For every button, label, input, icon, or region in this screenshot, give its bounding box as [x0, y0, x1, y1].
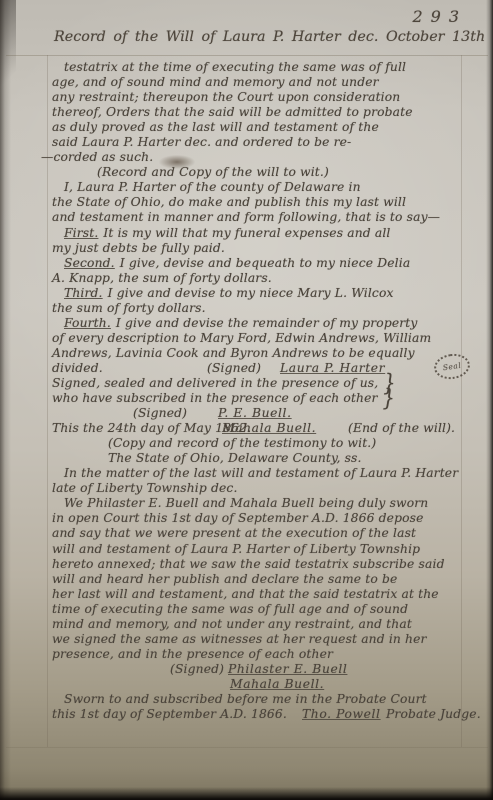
text-line: will and heard her publish and declare t… — [52, 572, 470, 587]
page-edge-bottom — [0, 787, 493, 800]
text-line: and testament in manner and form followi… — [52, 210, 470, 225]
page-number: 293 — [412, 7, 467, 26]
testator-signature-row: divided. (Signed) Laura P. Harter Seal — [52, 361, 470, 376]
testimony-signature-row2: Mahala Buell. — [52, 677, 470, 692]
text-line: Sworn to and subscribed before me in the… — [52, 692, 470, 707]
will-item: Third.I give and devise to my niece Mary… — [52, 286, 470, 301]
text-line: the State of Ohio, do make and publish t… — [52, 195, 470, 210]
text-line: We Philaster E. Buell and Mahala Buell b… — [52, 496, 470, 511]
text-line: in open Court this 1st day of September … — [52, 511, 470, 526]
text-line: hereto annexed; that we saw the said tes… — [52, 557, 470, 572]
signed-label: (Signed) — [207, 361, 261, 376]
text-line: said Laura P. Harter dec. and ordered to… — [52, 135, 470, 150]
text-line: mind and memory, and not under any restr… — [52, 617, 470, 632]
item-text: I give, devise and bequeath to my niece … — [120, 256, 411, 270]
text-line: A. Knapp, the sum of forty dollars. — [52, 271, 470, 286]
will-item: First.It is my will that my funeral expe… — [52, 226, 470, 241]
will-item: Second.I give, devise and bequeath to my… — [52, 256, 470, 271]
text-line: —corded as such. — [52, 150, 470, 165]
document-page: 293 Record of the Will of Laura P. Harte… — [0, 0, 493, 800]
item-text: I give and devise to my niece Mary L. Wi… — [108, 286, 394, 300]
text-line: and say that we were present at the exec… — [52, 526, 470, 541]
will-date-row: This the 24th day of May 1862. Mahala Bu… — [52, 421, 470, 436]
attestation-line: who have subscribed in the presence of e… — [52, 391, 470, 406]
jurat-date: this 1st day of September A.D. 1866. — [52, 707, 287, 721]
text-line: thereof, Orders that the said will be ad… — [52, 105, 470, 120]
text-line: time of executing the same was of full a… — [52, 602, 470, 617]
margin-rule-top — [6, 55, 488, 56]
attestation-line: Signed, sealed and delivered in the pres… — [52, 376, 470, 391]
witness1-signature-row: (Signed) P. E. Buell. — [52, 406, 470, 421]
attestation-text: who have subscribed in the presence of e… — [52, 391, 378, 405]
item-text: It is my will that my funeral expenses a… — [103, 226, 390, 240]
item-text: I give and devise the remainder of my pr… — [116, 316, 418, 330]
witness1-signature: P. E. Buell. — [218, 406, 292, 421]
text-line: we signed the same as witnesses at her r… — [52, 632, 470, 647]
testimony-signature-row1: (Signed) Philaster E. Buell — [52, 662, 470, 677]
text-line: age, and of sound mind and memory and no… — [52, 75, 470, 90]
document-body: testatrix at the time of executing the s… — [52, 60, 470, 722]
text-line: Andrews, Lavinia Cook and Byron Andrews … — [52, 346, 470, 361]
attestation-text: Signed, sealed and delivered in the pres… — [52, 376, 378, 390]
item-label: Third. — [64, 286, 103, 300]
text-line: In the matter of the last will and testa… — [52, 466, 470, 481]
witness2-signature: Mahala Buell. — [230, 677, 324, 692]
jurat-row: this 1st day of September A.D. 1866. Tho… — [52, 707, 470, 722]
text-line: of every description to Mary Ford, Edwin… — [52, 331, 470, 346]
end-of-will-note: (End of the will). — [348, 421, 455, 436]
signed-label: (Signed) — [170, 662, 224, 677]
judge-signature: Tho. Powell — [302, 707, 381, 722]
copy-note: (Copy and record of the testimony to wit… — [52, 436, 470, 451]
item-label: First. — [64, 226, 98, 240]
text-line: will and testament of Laura P. Harter of… — [52, 542, 470, 557]
item-text: divided. — [52, 361, 103, 375]
text-line: late of Liberty Township dec. — [52, 481, 470, 496]
item-label: Second. — [64, 256, 115, 270]
page-title: Record of the Will of Laura P. Harter de… — [54, 29, 479, 45]
text-line: her last will and testament, and that th… — [52, 587, 470, 602]
signed-label: (Signed) — [133, 406, 187, 421]
page-edge-left — [0, 0, 11, 800]
witness2-signature: Mahala Buell. — [222, 421, 316, 436]
witness1-signature: Philaster E. Buell — [228, 662, 347, 677]
testator-signature: Laura P. Harter — [280, 361, 385, 376]
will-item: Fourth.I give and devise the remainder o… — [52, 316, 470, 331]
text-line: testatrix at the time of executing the s… — [52, 60, 470, 75]
item-label: Fourth. — [64, 316, 111, 330]
text-line: the sum of forty dollars. — [52, 301, 470, 316]
text-line: as duly proved as the last will and test… — [52, 120, 470, 135]
page-edge-right — [486, 0, 493, 800]
text-line: my just debts be fully paid. — [52, 241, 470, 256]
text-line: presence, and in the presence of each ot… — [52, 647, 470, 662]
text-line: any restraint; thereupon the Court upon … — [52, 90, 470, 105]
text-line: I, Laura P. Harter of the county of Dela… — [52, 180, 470, 195]
record-note: (Record and Copy of the will to wit.) — [52, 165, 470, 180]
judge-title: Probate Judge. — [386, 707, 481, 722]
venue-line: The State of Ohio, Delaware County, ss. — [52, 451, 470, 466]
margin-rule-bottom — [6, 747, 488, 748]
